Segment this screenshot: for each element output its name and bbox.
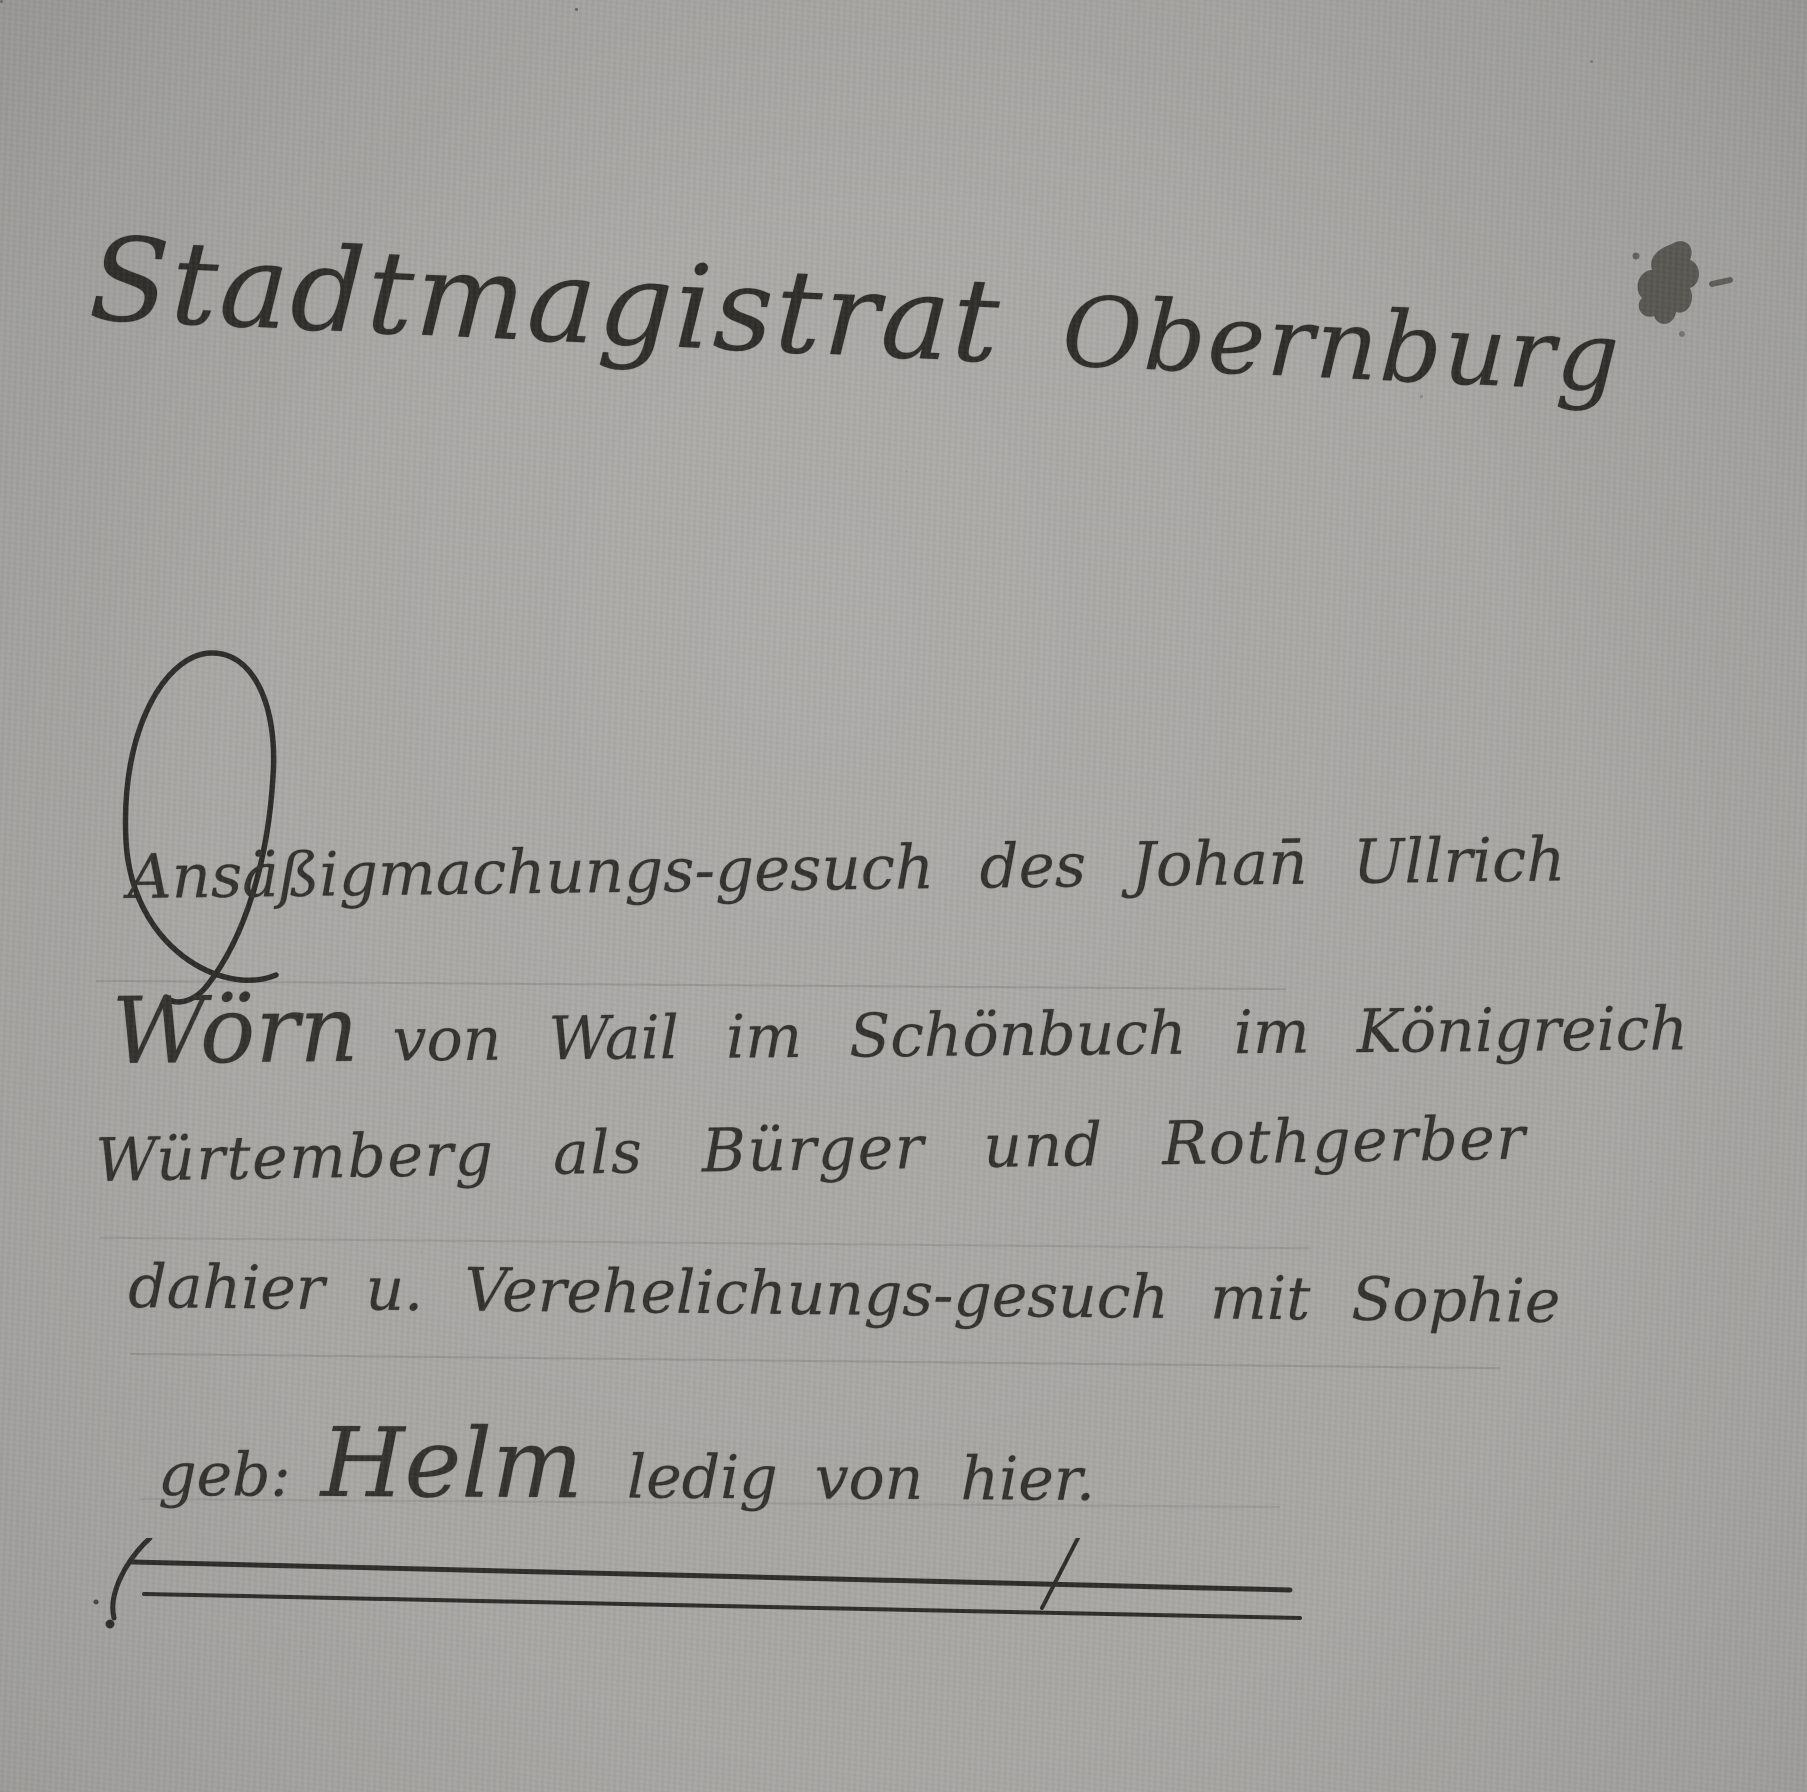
body-line-5: geb:Helmledig von hier.: [158, 1440, 1095, 1515]
body-line-2: Wörnvon Wail im Schönbuch im Königreich: [111, 994, 1688, 1078]
abbrev-geb: geb:: [158, 1440, 291, 1511]
ink-blot-shape: [1637, 241, 1699, 324]
initial-letter-flourish: [104, 645, 304, 1015]
title-word-stadtmagistrat: Stadtmagistrat: [87, 212, 1004, 390]
double-underline: [92, 1538, 1332, 1648]
body-line-1: Ansäßigmachungs-gesuch des Johan̄ Ullric…: [127, 824, 1566, 913]
manuscript-page: StadtmagistratObernburg Ansäßigmachungs-…: [0, 0, 1807, 1792]
body-line-2-rest: von Wail im Schönbuch im Königreich: [392, 994, 1688, 1075]
surname-helm: Helm: [321, 1407, 584, 1520]
body-line-5-rest: ledig von hier.: [627, 1442, 1095, 1514]
ruled-guide-line: [130, 1353, 1500, 1369]
ink-blot: [1620, 222, 1750, 352]
surname-woern: Wörn: [111, 976, 359, 1085]
ruled-guide-line: [100, 1237, 1310, 1250]
document-title: StadtmagistratObernburg: [87, 212, 1625, 419]
title-word-obernburg: Obernburg: [1060, 275, 1624, 414]
body-line-4: dahier u. Verehelichungs-gesuch mit Soph…: [128, 1252, 1561, 1337]
paper-specks: [0, 0, 3, 3]
body-line-3: Würtemberg als Bürger und Rothgerber: [95, 1104, 1527, 1196]
